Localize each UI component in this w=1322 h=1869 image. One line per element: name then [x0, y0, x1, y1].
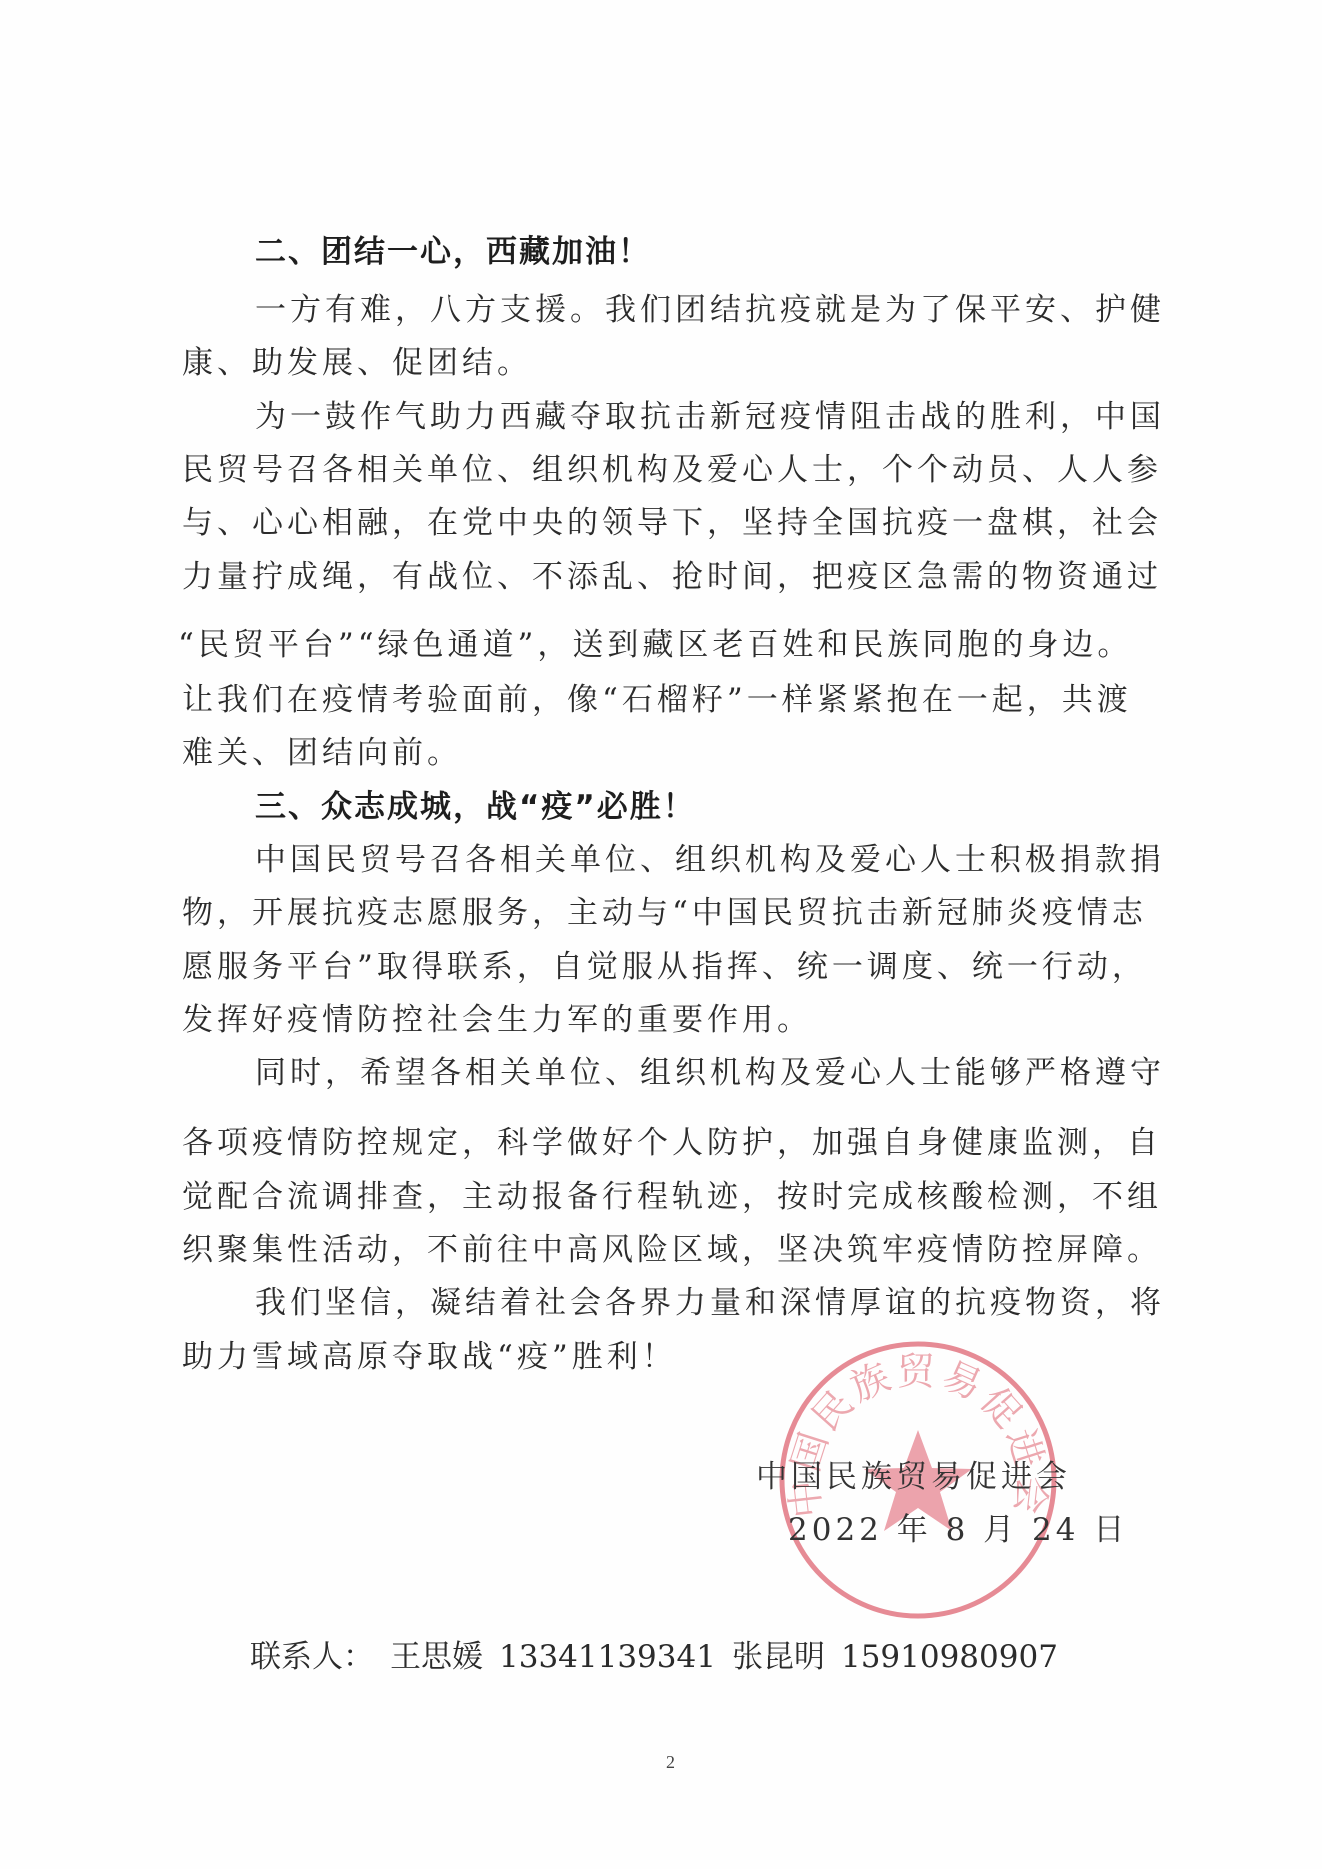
- contact-line: 联系人：王思媛13341139341张昆明15910980907: [250, 1637, 1074, 1677]
- signature-organization: 中国民族贸易促进会: [756, 1457, 1071, 1497]
- paragraph-line: 我们坚信，凝结着社会各界力量和深情厚谊的抗疫物资，将: [255, 1283, 1165, 1323]
- paragraph-line: 难关、团结向前。: [182, 733, 462, 773]
- paragraph-line: 觉配合流调排查，主动报备行程轨迹，按时完成核酸检测，不组: [182, 1177, 1162, 1217]
- paragraph-line: 发挥好疫情防控社会生力军的重要作用。: [182, 1000, 812, 1040]
- paragraph-line: 让我们在疫情考验面前，像“石榴籽”一样紧紧抱在一起，共渡: [182, 680, 1132, 720]
- paragraph-line: 为一鼓作气助力西藏夺取抗击新冠疫情阻击战的胜利，中国: [255, 397, 1165, 437]
- contact-name: 王思媛: [390, 1639, 483, 1675]
- paragraph-line: 力量拧成绳，有战位、不添乱、抢时间，把疫区急需的物资通过: [182, 557, 1162, 597]
- document-page: 二、团结一心，西藏加油！ 一方有难，八方支援。我们团结抗疫就是为了保平安、护健 …: [0, 0, 1322, 1869]
- paragraph-line: 物，开展抗疫志愿服务，主动与“中国民贸抗击新冠肺炎疫情志: [182, 893, 1147, 933]
- paragraph-line: 各项疫情防控规定，科学做好个人防护，加强自身健康监测，自: [182, 1123, 1162, 1163]
- section-heading-2: 二、团结一心，西藏加油！: [255, 232, 651, 272]
- contact-phone: 15910980907: [841, 1639, 1058, 1675]
- page-number: 2: [666, 1752, 675, 1773]
- paragraph-line: 民贸号召各相关单位、组织机构及爱心人士，个个动员、人人参: [182, 450, 1162, 490]
- section-heading-3: 三、众志成城，战“疫”必胜！: [255, 787, 696, 827]
- paragraph-line: 中国民贸号召各相关单位、组织机构及爱心人士积极捐款捐: [255, 840, 1165, 880]
- paragraph-line: 助力雪域高原夺取战“疫”胜利！: [182, 1337, 677, 1377]
- contact-name: 张昆明: [732, 1639, 825, 1675]
- paragraph-line: 与、心心相融，在党中央的领导下，坚持全国抗疫一盘棋，社会: [182, 503, 1162, 543]
- contact-label: 联系人：: [250, 1639, 374, 1675]
- signature-date: 2022 年 8 月 24 日: [788, 1510, 1128, 1550]
- paragraph-line: 康、助发展、促团结。: [182, 343, 532, 383]
- paragraph-line: 织聚集性活动，不前往中高风险区域，坚决筑牢疫情防控屏障。: [182, 1230, 1162, 1270]
- paragraph-line: 一方有难，八方支援。我们团结抗疫就是为了保平安、护健: [255, 290, 1165, 330]
- contact-phone: 13341139341: [499, 1639, 716, 1675]
- paragraph-line: “民贸平台”“绿色通道”，送到藏区老百姓和民族同胞的身边。: [178, 625, 1132, 665]
- paragraph-line: 愿服务平台”取得联系，自觉服从指挥、统一调度、统一行动，: [182, 947, 1147, 987]
- paragraph-line: 同时，希望各相关单位、组织机构及爱心人士能够严格遵守: [255, 1053, 1165, 1093]
